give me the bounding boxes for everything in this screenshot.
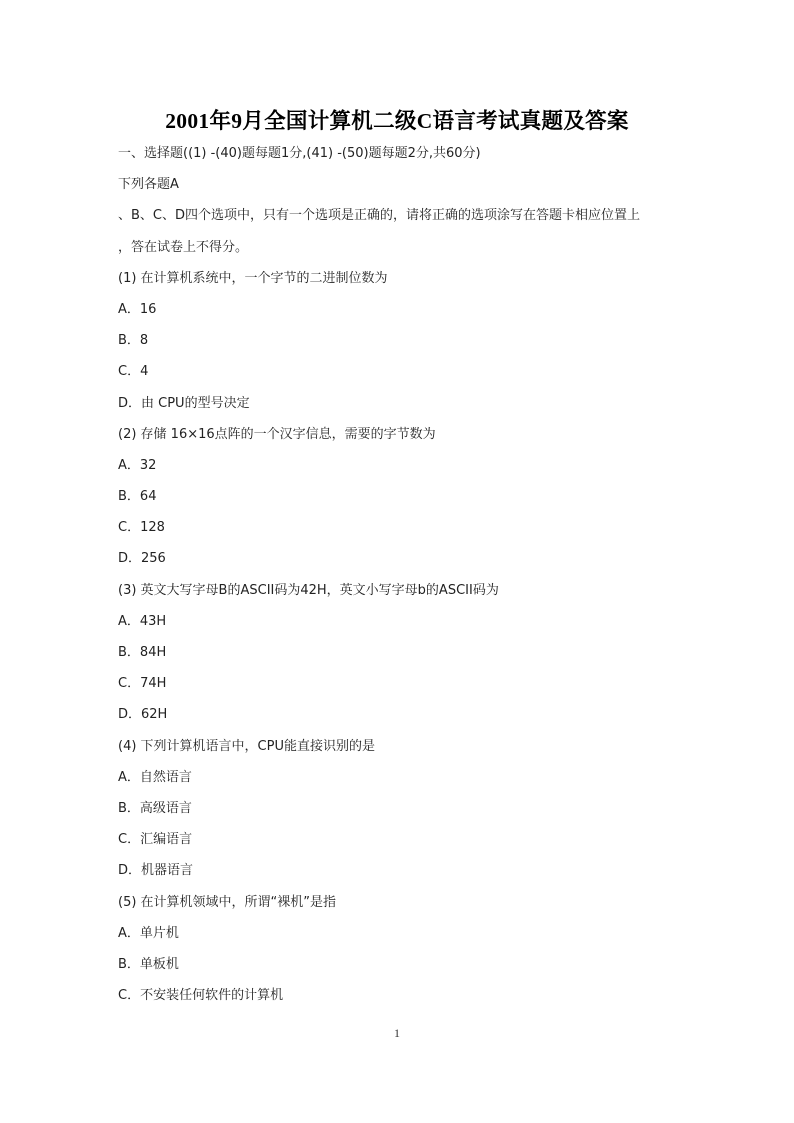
- option-c: C．74H: [118, 674, 678, 705]
- question-3: (3) 英文大写字母B的ASCII码为42H，英文小写字母b的ASCII码为 A…: [118, 581, 678, 737]
- option-d: D．256: [118, 549, 678, 580]
- question-4: (4) 下列计算机语言中，CPU能直接识别的是 A．自然语言 B．高级语言 C．…: [118, 737, 678, 893]
- instruction-line: 下列各题A: [118, 175, 678, 206]
- option-a: A．单片机: [118, 924, 678, 955]
- option-c: C．不安装任何软件的计算机: [118, 986, 678, 1017]
- question-text: (3) 英文大写字母B的ASCII码为42H，英文小写字母b的ASCII码为: [118, 581, 678, 612]
- page-number: 1: [0, 1026, 794, 1041]
- option-c: C．4: [118, 362, 678, 393]
- option-c: C．128: [118, 518, 678, 549]
- option-d: D．机器语言: [118, 861, 678, 892]
- question-text: (2) 存储 16×16点阵的一个汉字信息，需要的字节数为: [118, 425, 678, 456]
- option-a: A．43H: [118, 612, 678, 643]
- option-a: A．32: [118, 456, 678, 487]
- instruction-line: 、B、C、D四个选项中，只有一个选项是正确的，请将正确的选项涂写在答题卡相应位置…: [118, 206, 678, 237]
- option-d: D．由 CPU的型号决定: [118, 394, 678, 425]
- question-1: (1) 在计算机系统中，一个字节的二进制位数为 A．16 B．8 C．4 D．由…: [118, 269, 678, 425]
- option-a: A．16: [118, 300, 678, 331]
- question-text: (5) 在计算机领域中，所谓“裸机”是指: [118, 893, 678, 924]
- question-2: (2) 存储 16×16点阵的一个汉字信息，需要的字节数为 A．32 B．64 …: [118, 425, 678, 581]
- question-5: (5) 在计算机领域中，所谓“裸机”是指 A．单片机 B．单板机 C．不安装任何…: [118, 893, 678, 1018]
- option-d: D．62H: [118, 705, 678, 736]
- option-b: B．高级语言: [118, 799, 678, 830]
- question-text: (4) 下列计算机语言中，CPU能直接识别的是: [118, 737, 678, 768]
- section-heading: 一、选择题((1) -(40)题每题1分,(41) -(50)题每题2分,共60…: [118, 144, 678, 175]
- option-b: B．8: [118, 331, 678, 362]
- option-b: B．64: [118, 487, 678, 518]
- option-b: B．84H: [118, 643, 678, 674]
- option-c: C．汇编语言: [118, 830, 678, 861]
- option-a: A．自然语言: [118, 768, 678, 799]
- instruction-line: ，答在试卷上不得分。: [118, 238, 678, 269]
- question-text: (1) 在计算机系统中，一个字节的二进制位数为: [118, 269, 678, 300]
- document-page: 2001年9月全国计算机二级C语言考试真题及答案 一、选择题((1) -(40)…: [0, 0, 794, 1123]
- document-title: 2001年9月全国计算机二级C语言考试真题及答案: [0, 104, 794, 135]
- option-b: B．单板机: [118, 955, 678, 986]
- document-body: 一、选择题((1) -(40)题每题1分,(41) -(50)题每题2分,共60…: [118, 144, 678, 1017]
